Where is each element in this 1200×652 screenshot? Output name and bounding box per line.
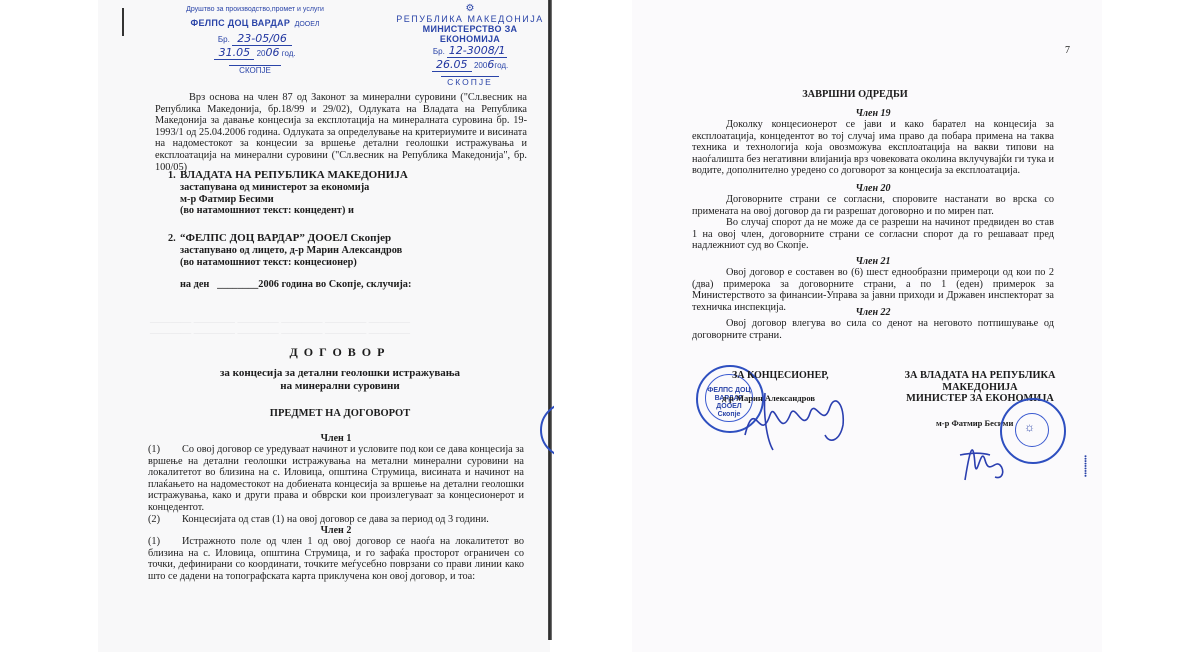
article-19-heading: Член 19 [692,108,1054,119]
date-line: на ден ________2006 година во Скопје, ск… [180,279,411,290]
article-21: Член 21 Овој договор е составен во (6) ш… [692,256,1054,313]
article-19: Член 19 Доколку концесионерот се јави и … [692,108,1054,177]
stamp-ministry-city: СКОПЈЕ [441,76,499,87]
stamp-ministry-number-label: Бр. [433,47,445,56]
stamp-ministry-line2: МИНИСТЕРСТВО ЗА ЕКОНОМИЈА [395,24,545,44]
party-2-role: (во натамошниот текст: концесионер) [168,257,508,269]
article-1-para-2-text: Концесијата од став (1) на овој договор … [182,514,489,525]
article-1-para-1: (1)Со овој договор се уредуваат начинот … [148,444,524,514]
date-line-blank: ________ [217,279,258,290]
date-line-suffix: 2006 година во Скопје, склучија: [258,279,411,290]
stamp-ministry-year-prefix: 200 [474,61,487,70]
coat-of-arms-icon: ☼ [1024,420,1035,434]
gutter [552,0,632,652]
article-22: Член 22 Овој договор влегува во сила со … [692,307,1054,341]
article-1-para-2-num: (2) [148,514,182,526]
article-20-heading: Член 20 [692,183,1054,194]
section-title-subject: ПРЕДМЕТ НА ДОГОВОРОТ [140,408,540,419]
article-22-para-1: Овој договор влегува во сила со денот на… [692,318,1054,341]
preamble: Врз основа на член 87 од Законот за мине… [155,92,527,173]
article-1-para-2: (2)Концесијата од став (1) на овој догов… [148,514,524,526]
company-registry-stamp: Друштво за производство,промет и услуги … [180,6,330,78]
article-20-para-1: Договорните страни се согласни, споровит… [692,194,1054,217]
stamp-company-city: СКОПЈЕ [229,65,281,75]
party-1-name: ВЛАДАТА НА РЕПУБЛИКА МАКЕДОНИЈА [180,170,408,182]
ministry-title-line-1: ЗА ВЛАДАТА НА РЕПУБЛИКА [890,370,1070,382]
ministry-title-line-2: МАКЕДОНИЈА [890,382,1070,394]
stamp-company-number: 23-05/06 [232,32,292,46]
document-subtitle: за концесија за детални геолошки истражу… [140,367,540,392]
stamp-company-year-prefix: 20 [257,49,266,58]
party-2-name: “ФЕЛПС ДОЦ ВАРДАР” ДООЕЛ Скопјер [180,233,391,245]
bleed-through-text: ———— ———— ———— ———— ———— ———————— ———— —… [150,305,530,340]
section-title-final-provisions: ЗАВРШНИ ОДРЕДБИ [660,89,1050,100]
article-1: Член 1 (1)Со овој договор се уредуваат н… [148,433,524,525]
article-1-para-1-text: Со овој договор се уредуваат начинот и у… [148,444,524,513]
partial-seal-right-margin: ••••••••• [1078,455,1088,477]
subtitle-line-1: за концесија за детални геолошки истражу… [140,367,540,380]
article-2-para-1-num: (1) [148,536,182,548]
party-1-number: 1. [168,170,180,182]
stamp-company-number-label: Бр. [218,35,230,44]
stamp-company-suffix: ДООЕЛ [295,21,320,28]
article-22-heading: Член 22 [692,307,1054,318]
document-title: ДОГОВОР [140,345,540,360]
party-2-represented: застапувано од лицето, д-р Марин Алексан… [168,245,508,257]
party-1: 1. ВЛАДАТА НА РЕПУБЛИКА МАКЕДОНИЈА заста… [168,170,508,217]
article-2-para-1: (1)Истражното поле од член 1 од овој дог… [148,536,524,582]
coat-of-arms-icon: ⚙ [395,4,545,14]
ministry-registry-stamp: ⚙ РЕПУБЛИКА МАКЕДОНИЈА МИНИСТЕРСТВО ЗА Е… [395,4,545,90]
party-2-number: 2. [168,233,180,245]
stamp-company-year-suffix: год. [282,49,296,58]
concessionaire-signature [735,385,855,455]
article-2-heading: Член 2 [148,525,524,536]
stamp-company-date: 31.05 [214,46,254,60]
article-20: Член 20 Договорните страни се согласни, … [692,183,1054,252]
party-2: 2. “ФЕЛПС ДОЦ ВАРДАР” ДООЕЛ Скопјер заст… [168,233,508,268]
stamp-ministry-year-suffix: год. [494,61,508,70]
page-number: 7 [1065,45,1070,56]
article-21-heading: Член 21 [692,256,1054,267]
party-1-represented: застапувана од министерот за економија [168,182,508,194]
date-line-prefix: на ден [180,279,209,290]
party-1-role: (во натамошниот текст: концедент) и [168,205,508,217]
punch-mark [122,8,124,36]
article-1-heading: Член 1 [148,433,524,444]
stamp-company-name: ФЕЛПС ДОЦ ВАРДАР [190,18,290,28]
ministry-signature [955,425,1015,485]
stamp-ministry-date: 26.05 [432,58,472,72]
concessionaire-title: ЗА КОНЦЕСИОНЕР, [732,370,829,381]
stamp-ministry-line1: РЕПУБЛИКА МАКЕДОНИЈА [395,14,545,24]
stamp-ministry-number: 12-3008/1 [447,44,507,58]
article-20-para-2: Во случај спорот да не може да се разреш… [692,217,1054,252]
article-1-para-1-num: (1) [148,444,182,456]
party-1-person: м-р Фатмир Бесими [168,194,508,206]
partial-seal-left-page [540,402,554,458]
page-binding-edge [548,0,552,640]
subtitle-line-2: на минерални суровини [140,380,540,393]
stamp-company-line1: Друштво за производство,промет и услуги [180,6,330,13]
article-2: Член 2 (1)Истражното поле од член 1 од о… [148,525,524,582]
article-2-para-1-text: Истражното поле од член 1 од овој догово… [148,536,524,582]
article-19-para-1: Доколку концесионерот се јави и како бар… [692,119,1054,177]
stamp-company-year: 06 [266,46,280,59]
